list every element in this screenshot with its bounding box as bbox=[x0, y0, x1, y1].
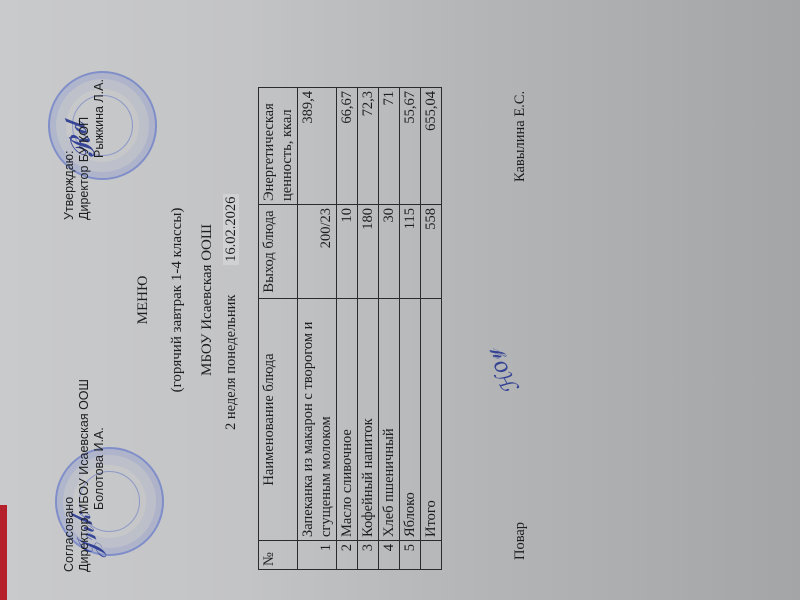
row-output: 200/23 bbox=[298, 205, 337, 299]
total-output: 558 bbox=[421, 205, 442, 299]
row-energy: 389,4 bbox=[298, 88, 337, 205]
row-energy: 72,3 bbox=[358, 88, 379, 205]
agreed-position: Директор МБОУ Исаевская ООШ bbox=[77, 379, 92, 572]
table-row: 4 Хлеб пшеничный 30 71 bbox=[379, 88, 400, 570]
total-energy: 655,04 bbox=[421, 88, 442, 205]
agreed-label: Согласовано bbox=[62, 379, 77, 572]
header-name: Наименование блюда bbox=[259, 299, 298, 541]
row-name: Кофейный напиток bbox=[358, 299, 379, 541]
row-name: Запеканка из макарон с творогом и сгущен… bbox=[298, 299, 337, 541]
row-output: 115 bbox=[400, 205, 421, 299]
title-block: МЕНЮ (горячий завтрак 1-4 классы) МБОУ И… bbox=[133, 0, 217, 600]
row-output: 10 bbox=[337, 205, 358, 299]
week-day-line: 2 неделя понедельник 16.02.2026 bbox=[223, 194, 240, 430]
table-header-row: № Наименование блюда Выход блюда Энергет… bbox=[259, 88, 298, 570]
row-num: 3 bbox=[358, 541, 379, 570]
cook-signature-icon: ℋ𝑜𝓎 bbox=[480, 344, 526, 398]
total-label: Итого bbox=[421, 299, 442, 541]
approved-label: Утверждаю: bbox=[62, 79, 77, 220]
menu-document-page: 𝒥𝓃𝓀 𝓡𝓭 Согласовано Директор МБОУ Исаевск… bbox=[0, 0, 800, 600]
photo-frame: 𝒥𝓃𝓀 𝓡𝓭 Согласовано Директор МБОУ Исаевск… bbox=[0, 0, 800, 600]
row-energy: 66,67 bbox=[337, 88, 358, 205]
table-row: 2 Масло сливочное 10 66,67 bbox=[337, 88, 358, 570]
row-output: 180 bbox=[358, 205, 379, 299]
row-output: 30 bbox=[379, 205, 400, 299]
row-name: Яблоко bbox=[400, 299, 421, 541]
page-title: МЕНЮ bbox=[133, 0, 153, 600]
table-total-row: Итого 558 655,04 bbox=[421, 88, 442, 570]
header-num: № bbox=[259, 541, 298, 570]
menu-date: 16.02.2026 bbox=[223, 194, 239, 265]
table-row: 5 Яблоко 115 55,67 bbox=[400, 88, 421, 570]
row-energy: 71 bbox=[379, 88, 400, 205]
row-num: 1 bbox=[298, 541, 337, 570]
menu-table: № Наименование блюда Выход блюда Энергет… bbox=[258, 87, 442, 570]
cook-name: Кавылина Е.С. bbox=[512, 91, 529, 182]
table-row: 1 Запеканка из макарон с творогом и сгущ… bbox=[298, 88, 337, 570]
row-name: Масло сливочное bbox=[337, 299, 358, 541]
page-subtitle: (горячий завтрак 1-4 классы) bbox=[167, 0, 187, 600]
header-energy: Энергетическая ценность, ккал bbox=[259, 88, 298, 205]
total-num bbox=[421, 541, 442, 570]
row-energy: 55,67 bbox=[400, 88, 421, 205]
agreed-person: Болотова И.А. bbox=[92, 379, 107, 572]
row-num: 2 bbox=[337, 541, 358, 570]
row-num: 5 bbox=[400, 541, 421, 570]
row-num: 4 bbox=[379, 541, 400, 570]
table-row: 3 Кофейный напиток 180 72,3 bbox=[358, 88, 379, 570]
week-day: 2 неделя понедельник bbox=[223, 295, 239, 430]
row-name: Хлеб пшеничный bbox=[379, 299, 400, 541]
approved-position: Директор БУ КОП bbox=[77, 79, 92, 220]
school-name: МБОУ Исаевская ООШ bbox=[197, 0, 217, 600]
agreed-block: Согласовано Директор МБОУ Исаевская ООШ … bbox=[62, 379, 107, 572]
approved-block: Утверждаю: Директор БУ КОП Рыжкина Л.А. bbox=[62, 79, 107, 220]
approved-person: Рыжкина Л.А. bbox=[92, 79, 107, 220]
cook-label: Повар bbox=[512, 522, 529, 560]
header-output: Выход блюда bbox=[259, 205, 298, 299]
